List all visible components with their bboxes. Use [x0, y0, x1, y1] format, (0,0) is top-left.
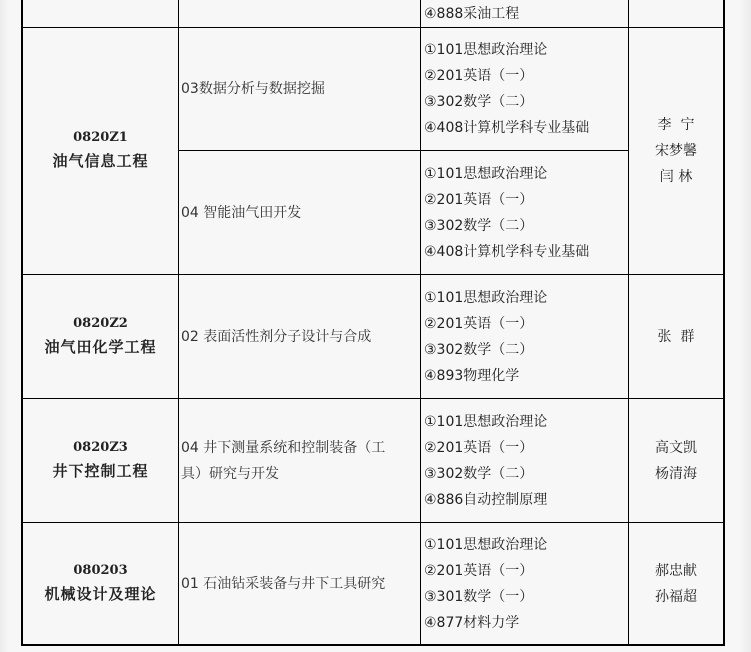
major-cell: 0820Z1 油气信息工程 [23, 28, 178, 274]
research-direction: 02 表面活性剂分子设计与合成 [179, 275, 420, 398]
exam-item: ①101思想政治理论 [424, 409, 547, 435]
exam-item: ④408计算机学科专业基础 [424, 115, 589, 141]
supervisor-name: 郝忠献 [655, 558, 697, 584]
supervisor-cell: 郝忠献 孙福超 [629, 523, 723, 644]
exam-item: ④893物理化学 [424, 363, 519, 389]
supervisor-name: 孙福超 [655, 584, 697, 610]
exam-item: ④877材料力学 [424, 610, 519, 636]
admissions-table: ④888采油工程 0820Z1 油气信息工程 03数据分析与数据挖掘 ①101思… [21, 0, 724, 645]
exam-item: ①101思想政治理论 [424, 532, 547, 558]
exam-item: ④886自动控制原理 [424, 487, 547, 513]
exam-list: ①101思想政治理论 ②201英语（一） ③302数学（二） ④893物理化学 [421, 275, 628, 398]
direction-label-line: 具）研究与开发 [181, 461, 279, 487]
major-cell: 0820Z2 油气田化学工程 [23, 275, 178, 398]
supervisor-name: 闫 林 [660, 164, 692, 190]
research-direction: 04 井下测量系统和控制装备（工 具）研究与开发 [179, 399, 420, 522]
research-direction: 03数据分析与数据挖掘 [179, 28, 420, 150]
exam-list: ④888采油工程 [421, 0, 628, 27]
exam-item: ②201英语（一） [424, 311, 533, 337]
exam-item: ①101思想政治理论 [424, 37, 547, 63]
supervisor-name: 张 群 [658, 324, 695, 350]
major-name: 油气田化学工程 [44, 334, 156, 360]
exam-list: ①101思想政治理论 ②201英语（一） ③302数学（二） ④408计算机学科… [421, 28, 628, 150]
page-left-margin [0, 0, 10, 652]
direction-label: 01 石油钻采装备与井下工具研究 [181, 571, 385, 597]
major-name: 机械设计及理论 [44, 581, 156, 607]
exam-item: ①101思想政治理论 [424, 161, 547, 187]
supervisor-name: 宋梦馨 [655, 138, 697, 164]
supervisor-cell: 高文凯 杨清海 [629, 399, 723, 522]
exam-item: ③302数学（二） [424, 337, 533, 363]
major-cell: 080203 机械设计及理论 [23, 523, 178, 644]
exam-item: ②201英语（一） [424, 558, 533, 584]
exam-list: ①101思想政治理论 ②201英语（一） ③302数学（二） ④886自动控制原… [421, 399, 628, 522]
table-border-right [723, 0, 725, 645]
exam-item: ②201英语（一） [424, 63, 533, 89]
major-name: 井下控制工程 [52, 458, 148, 484]
major-code: 080203 [73, 561, 127, 581]
exam-item: ②201英语（一） [424, 435, 533, 461]
supervisor-name: 高文凯 [655, 435, 697, 461]
direction-label-line: 04 井下测量系统和控制装备（工 [181, 435, 385, 461]
exam-item: ④408计算机学科专业基础 [424, 239, 589, 265]
major-code: 0820Z3 [73, 438, 128, 458]
supervisor-name: 杨清海 [655, 461, 697, 487]
major-name: 油气信息工程 [52, 148, 148, 174]
supervisor-cell: 李 宁 宋梦馨 闫 林 [629, 28, 723, 274]
exam-item: ③301数学（一） [424, 584, 533, 610]
exam-item: ③302数学（二） [424, 461, 533, 487]
major-code: 0820Z1 [73, 128, 128, 148]
direction-label: 03数据分析与数据挖掘 [181, 76, 325, 102]
research-direction: 01 石油钻采装备与井下工具研究 [179, 523, 420, 644]
major-cell: 0820Z3 井下控制工程 [23, 399, 178, 522]
major-code: 0820Z2 [73, 314, 128, 334]
supervisor-cell: 张 群 [629, 275, 723, 398]
table-border-bottom [21, 644, 725, 646]
exam-item: ③302数学（二） [424, 213, 533, 239]
exam-item: ①101思想政治理论 [424, 285, 547, 311]
exam-list: ①101思想政治理论 ②201英语（一） ③301数学（一） ④877材料力学 [421, 523, 628, 644]
page-right-margin [739, 0, 751, 652]
exam-item: ④888采油工程 [424, 1, 519, 27]
direction-label: 02 表面活性剂分子设计与合成 [181, 324, 371, 350]
exam-list: ①101思想政治理论 ②201英语（一） ③302数学（二） ④408计算机学科… [421, 151, 628, 274]
direction-label: 04 智能油气田开发 [181, 200, 301, 226]
exam-item: ②201英语（一） [424, 187, 533, 213]
research-direction: 04 智能油气田开发 [179, 151, 420, 274]
exam-item: ③302数学（二） [424, 89, 533, 115]
supervisor-name: 李 宁 [658, 112, 695, 138]
